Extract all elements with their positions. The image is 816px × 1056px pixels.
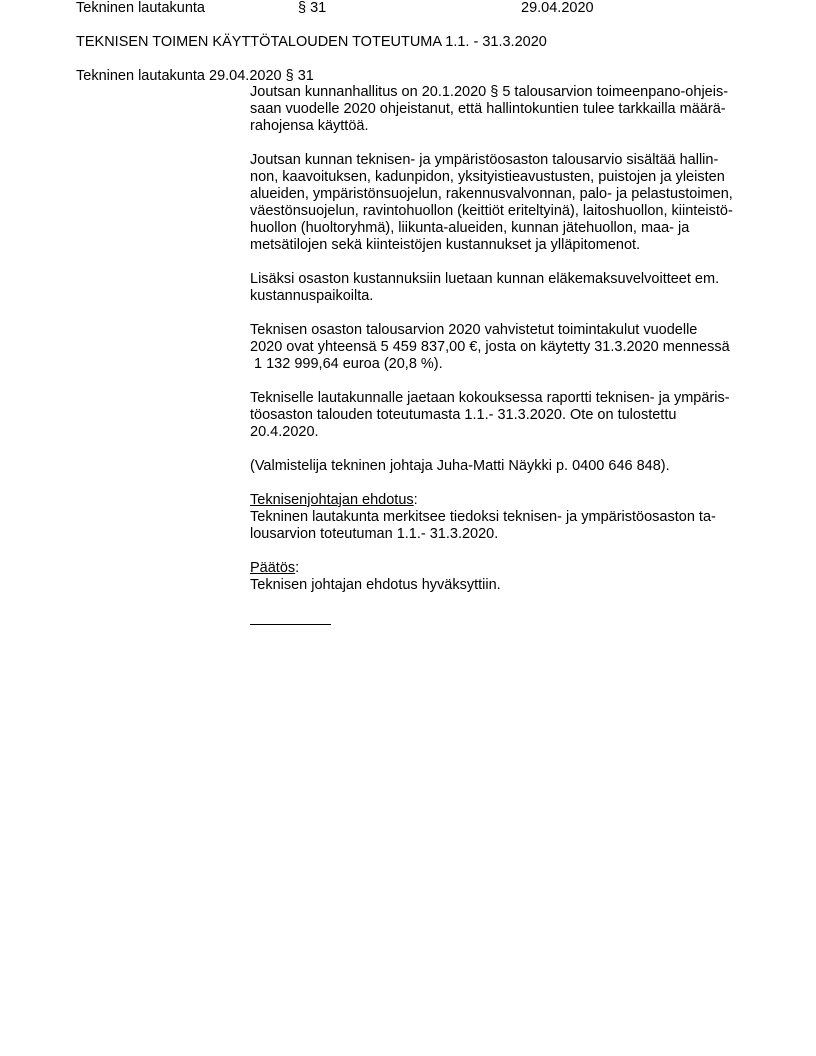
text-line: lousarvion toteutuman 1.1.- 31.3.2020. bbox=[250, 526, 750, 543]
document-body: Joutsan kunnanhallitus on 20.1.2020 § 5 … bbox=[250, 84, 750, 611]
text-line: saan vuodelle 2020 ohjeistanut, että hal… bbox=[250, 101, 750, 118]
header-meeting-date: 29.04.2020 bbox=[521, 0, 594, 17]
text-line: non, kaavoituksen, kadunpidon, yksityist… bbox=[250, 169, 750, 186]
text-line: Joutsan kunnanhallitus on 20.1.2020 § 5 … bbox=[250, 84, 750, 101]
text-line: Tekniselle lautakunnalle jaetaan kokouks… bbox=[250, 390, 750, 407]
text-line: (Valmistelija tekninen johtaja Juha-Matt… bbox=[250, 458, 750, 475]
paragraph-budget-figures: Teknisen osaston talousarvion 2020 vahvi… bbox=[250, 322, 750, 373]
proposal-heading: Teknisenjohtajan ehdotus bbox=[250, 492, 414, 508]
document-title: TEKNISEN TOIMEN KÄYTTÖTALOUDEN TOTEUTUMA… bbox=[76, 34, 547, 51]
decision-section: Päätös: Teknisen johtajan ehdotus hyväks… bbox=[250, 560, 750, 594]
meeting-reference: Tekninen lautakunta 29.04.2020 § 31 bbox=[76, 68, 314, 85]
text-line: Tekninen lautakunta merkitsee tiedoksi t… bbox=[250, 509, 750, 526]
text-line: Teknisen johtajan ehdotus hyväksyttiin. bbox=[250, 577, 750, 594]
text-line: väestönsuojelun, ravintohuollon (keittiö… bbox=[250, 203, 750, 220]
paragraph-preparer: (Valmistelija tekninen johtaja Juha-Matt… bbox=[250, 458, 750, 475]
header-committee: Tekninen lautakunta bbox=[76, 0, 205, 17]
text-line: töosaston talouden toteutumasta 1.1.- 31… bbox=[250, 407, 750, 424]
decision-heading-line: Päätös: bbox=[250, 560, 750, 577]
text-line: Teknisen osaston talousarvion 2020 vahvi… bbox=[250, 322, 750, 339]
paragraph-pension-costs: Lisäksi osaston kustannuksiin luetaan ku… bbox=[250, 271, 750, 305]
text-line: rahojensa käyttöä. bbox=[250, 118, 750, 135]
text-line: 2020 ovat yhteensä 5 459 837,00 €, josta… bbox=[250, 339, 750, 356]
proposal-heading-colon: : bbox=[414, 492, 418, 508]
decision-heading: Päätös bbox=[250, 560, 295, 576]
text-line: 1 132 999,64 euroa (20,8 %). bbox=[250, 356, 750, 373]
text-line: Lisäksi osaston kustannuksiin luetaan ku… bbox=[250, 271, 750, 288]
paragraph-budget-instructions: Joutsan kunnanhallitus on 20.1.2020 § 5 … bbox=[250, 84, 750, 135]
paragraph-report-distribution: Tekniselle lautakunnalle jaetaan kokouks… bbox=[250, 390, 750, 441]
proposal-heading-line: Teknisenjohtajan ehdotus: bbox=[250, 492, 750, 509]
end-of-section-rule bbox=[250, 624, 331, 625]
text-line: Joutsan kunnan teknisen- ja ympäristöosa… bbox=[250, 152, 750, 169]
decision-heading-colon: : bbox=[295, 560, 299, 576]
text-line: huollon (huoltoryhmä), liikunta-alueiden… bbox=[250, 220, 750, 237]
proposal-section: Teknisenjohtajan ehdotus: Tekninen lauta… bbox=[250, 492, 750, 543]
paragraph-department-scope: Joutsan kunnan teknisen- ja ympäristöosa… bbox=[250, 152, 750, 254]
text-line: alueiden, ympäristönsuojelun, rakennusva… bbox=[250, 186, 750, 203]
text-line: metsätilojen sekä kiinteistöjen kustannu… bbox=[250, 237, 750, 254]
header-section-number: § 31 bbox=[298, 0, 326, 17]
text-line: 20.4.2020. bbox=[250, 424, 750, 441]
text-line: kustannuspaikoilta. bbox=[250, 288, 750, 305]
